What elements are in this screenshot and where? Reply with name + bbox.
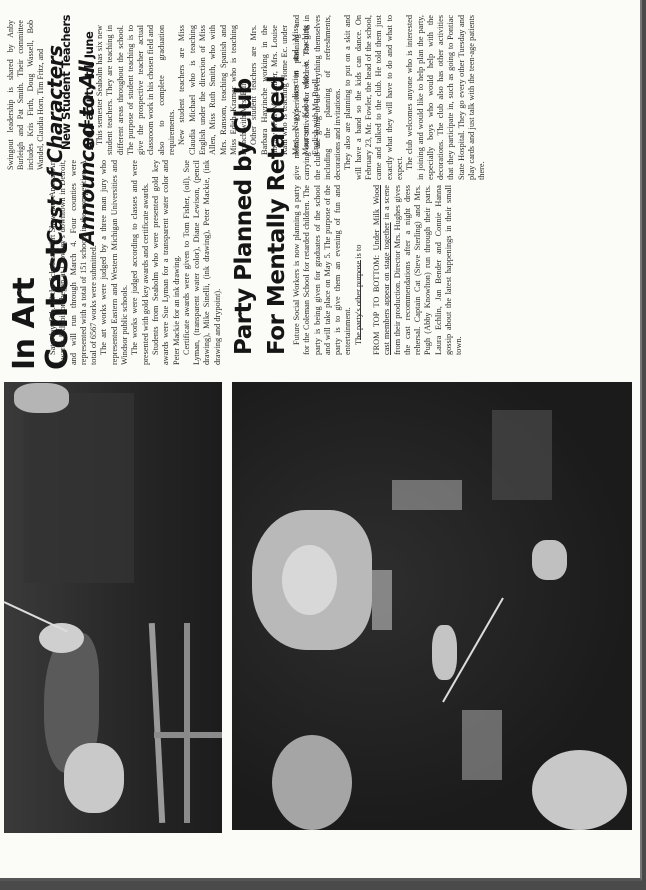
rehearsal-photo-left [4, 382, 222, 833]
caption-lead: FROM TOP TO BOTTOM: [372, 255, 381, 355]
art-paragraph: The art works were judged by a three man… [99, 160, 130, 365]
newspaper-sheet: Swingout leadership is shared by Anby Bu… [0, 0, 642, 881]
caption-text: in a scene from their production. Direct… [382, 185, 463, 355]
rehearsal-photo-right [232, 382, 632, 830]
continued-text: Swingout leadership is shared by Anby Bu… [6, 20, 46, 170]
party-column-1: Future Social Workers is now planning a … [292, 185, 364, 355]
photo-caption: FROM TOP TO BOTTOM: Under Milk Wood cast… [372, 185, 465, 355]
student-teachers-headline: New Student Teachers Aid Faculty 'till J… [60, 0, 95, 150]
art-paragraph: The works were judged according to class… [130, 160, 151, 365]
party-column-2: give members experience in planning and … [292, 15, 488, 180]
art-paragraph: Saturday, Feb. 18 the Scholastic Art Sho… [48, 160, 99, 365]
rotated-newspaper-page: Swingout leadership is shared by Anby Bu… [0, 0, 646, 890]
art-contest-column: Saturday, Feb. 18 the Scholastic Art Sho… [48, 160, 223, 365]
caption-divider [360, 260, 361, 340]
party-headline: Party Planned by Club For Mentally Retar… [232, 5, 291, 355]
art-paragraph: Certificate awards were given to Tom Fis… [182, 160, 223, 365]
art-paragraph: Students from Seaholm who were presented… [151, 160, 182, 365]
